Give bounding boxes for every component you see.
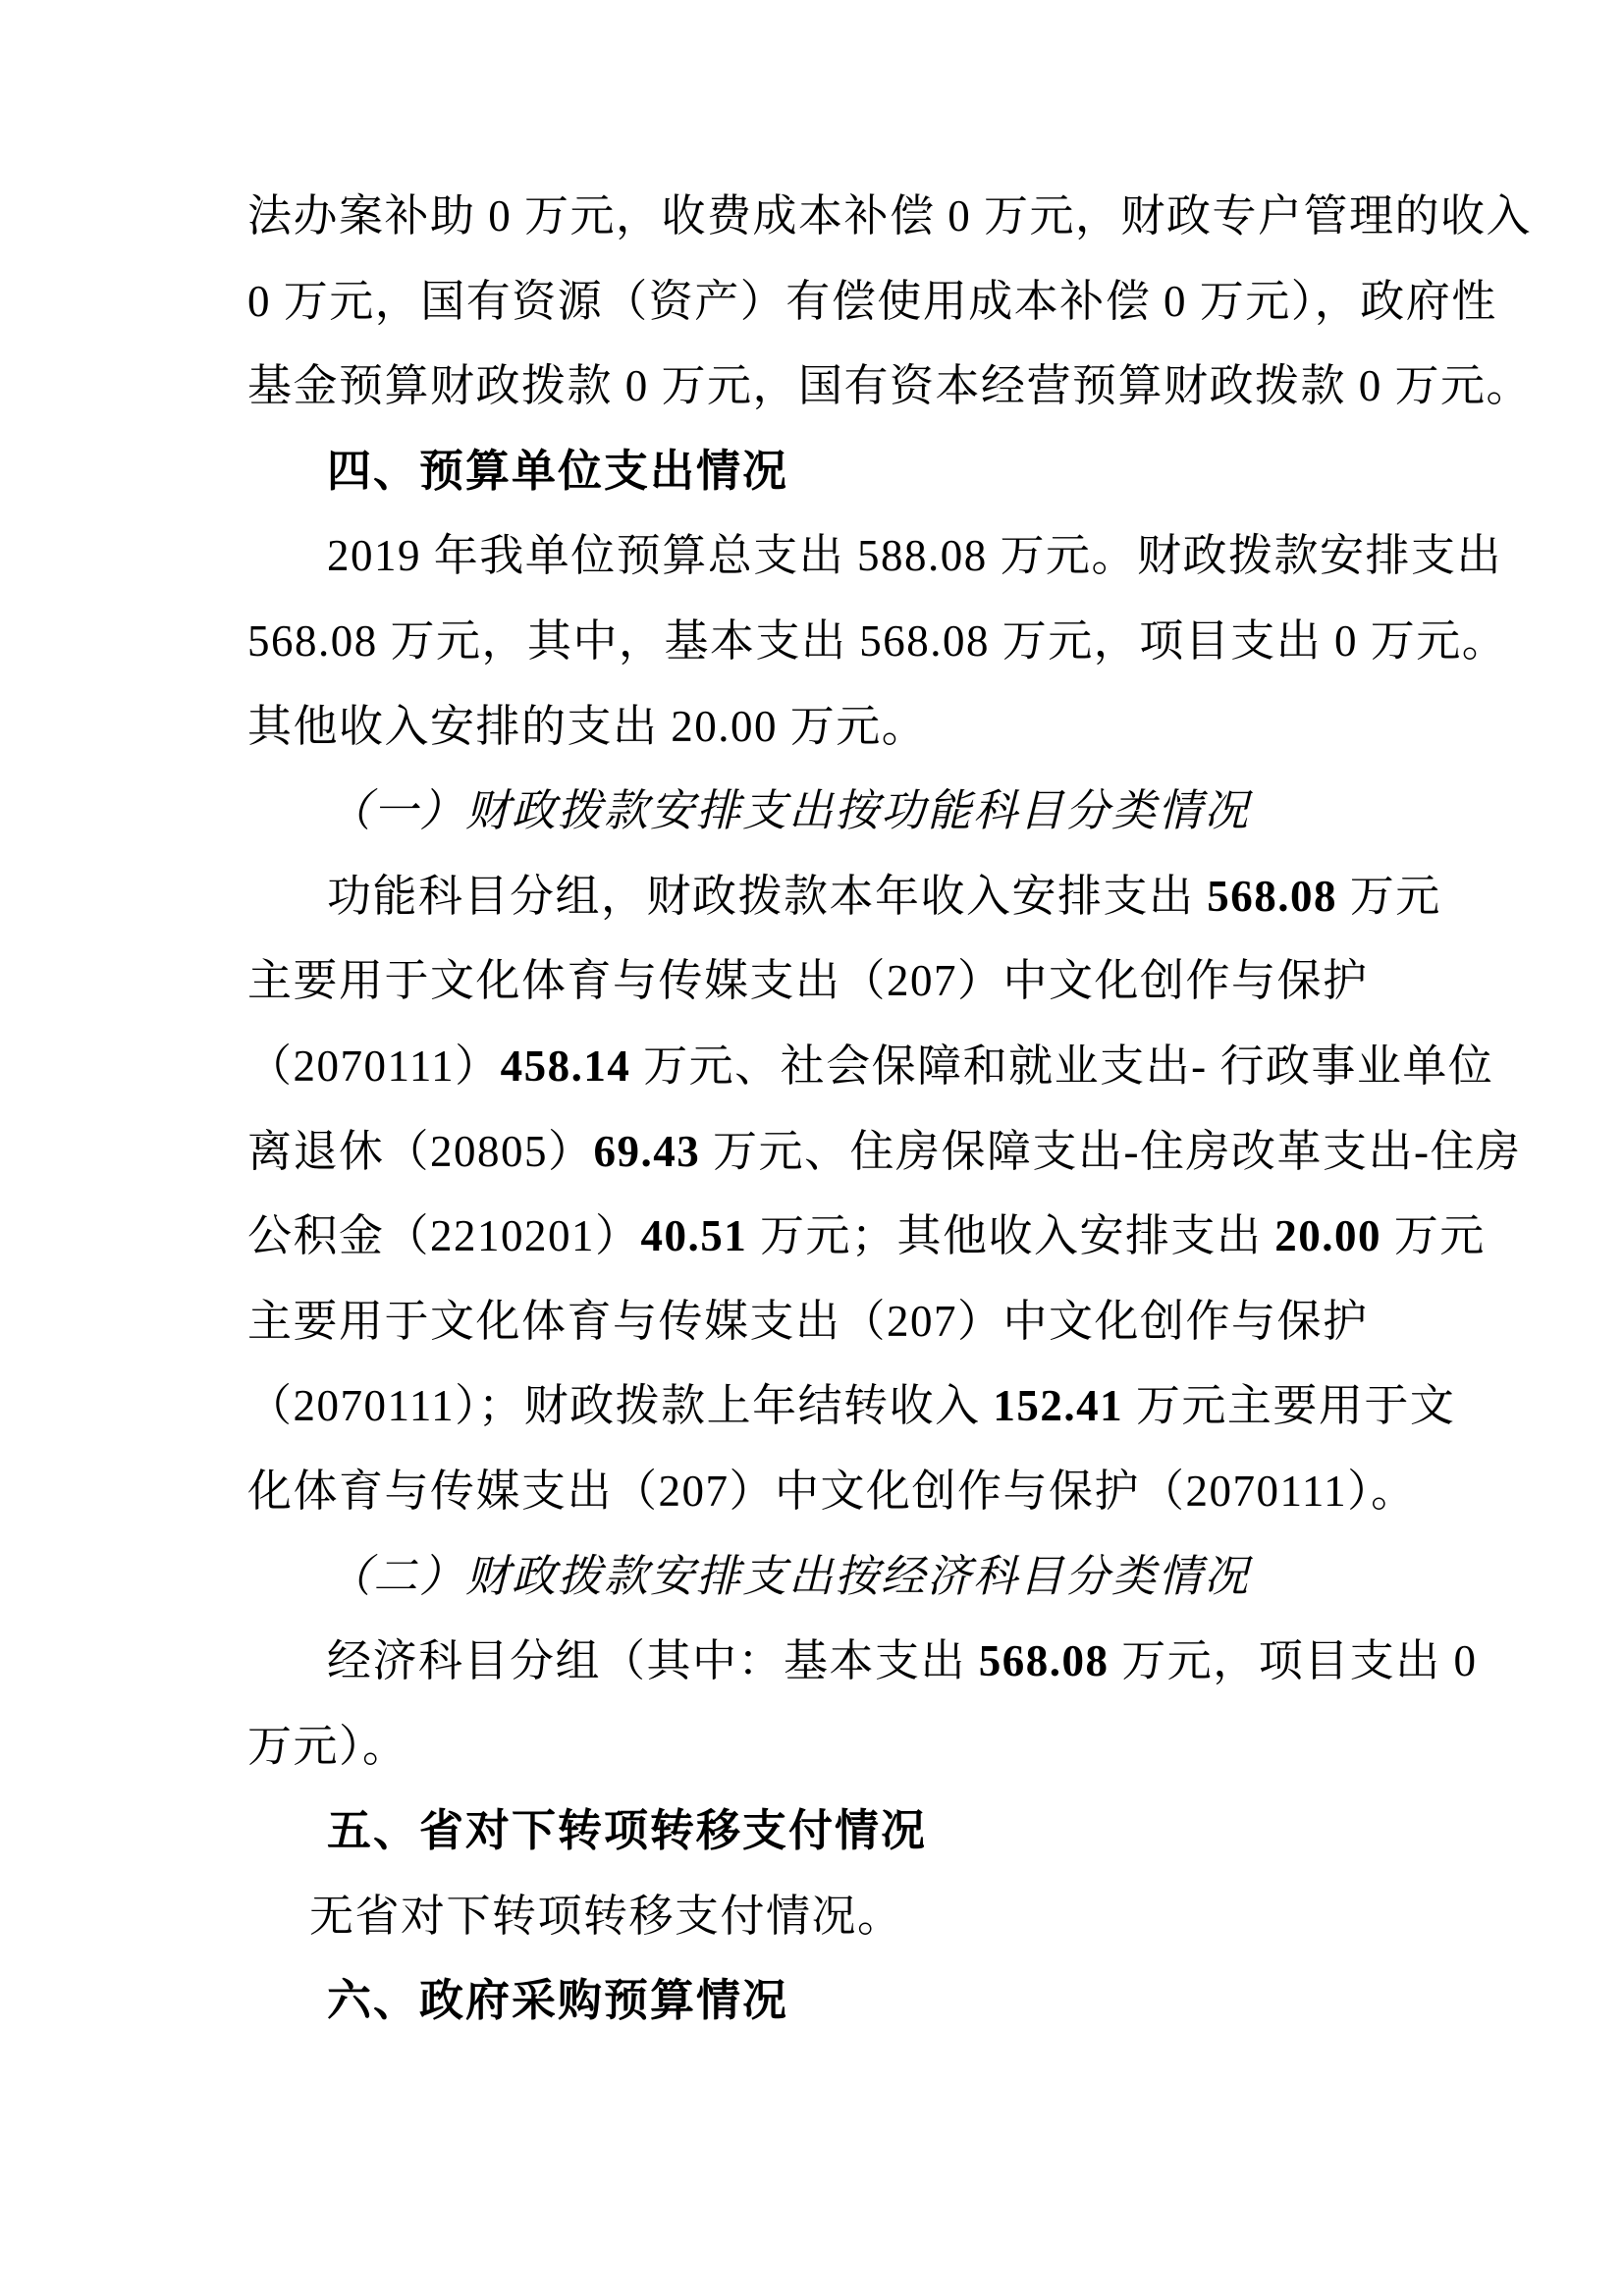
text-segment: 主要用于文化体育与传媒支出（207）中文化创作与保护 [247,1297,1369,1346]
heading-section-4: 四、预算单位支出情况 [247,429,1404,514]
text-segment: 万元）。 [247,1722,408,1771]
line-no-transfer-payment: 无省对下转项转移支付情况。 [247,1874,1404,1959]
bold-number: 458.14 [501,1041,631,1091]
text-segment: 四、预算单位支出情况 [327,446,788,496]
heading-section-5: 五、省对下转项转移支付情况 [247,1789,1404,1874]
text-segment: 万元主要用于文 [1123,1381,1455,1430]
heading-subsection-1: （一）财政拨款安排支出按功能科目分类情况 [247,769,1404,854]
bold-number: 568.08 [979,1636,1110,1685]
line-total-expenditure-2: 568.08 万元，其中，基本支出 568.08 万元，项目支出 0 万元。 [247,599,1404,684]
text-segment: 公积金（2210201） [247,1211,641,1260]
text-segment: 主要用于文化体育与传媒支出（207）中文化创作与保护 [247,956,1369,1005]
bold-number: 568.08 [1207,872,1337,921]
line-functional-classification-6: 主要用于文化体育与传媒支出（207）中文化创作与保护 [247,1279,1404,1364]
bold-number: 20.00 [1274,1211,1381,1260]
line-functional-classification-1: 功能科目分组，财政拨款本年收入安排支出 568.08 万元 [247,854,1404,939]
text-segment: 万元；其他收入安排支出 [747,1211,1274,1260]
text-segment: 万元 [1337,872,1441,921]
line-income-detail-continuation-1: 法办案补助 0 万元，收费成本补偿 0 万元，财政专户管理的收入 [247,174,1404,259]
text-segment: （一）财政拨款安排支出按功能科目分类情况 [327,786,1250,835]
text-segment: （二）财政拨款安排支出按经济科目分类情况 [327,1552,1250,1601]
text-segment: 其他收入安排的支出 20.00 万元。 [247,702,927,751]
document-page: 法办案补助 0 万元，收费成本补偿 0 万元，财政专户管理的收入0 万元，国有资… [0,0,1624,2296]
text-segment: 无省对下转项转移支付情况。 [309,1892,903,1941]
text-segment: 568.08 万元，其中，基本支出 568.08 万元，项目支出 0 万元。 [247,616,1507,666]
document-body: 法办案补助 0 万元，收费成本补偿 0 万元，财政专户管理的收入0 万元，国有资… [247,174,1404,2044]
line-functional-classification-8: 化体育与传媒支出（207）中文化创作与保护（2070111）。 [247,1449,1404,1534]
text-segment: 0 万元，国有资源（资产）有偿使用成本补偿 0 万元），政府性 [247,277,1497,326]
text-segment: 经济科目分组（其中：基本支出 [327,1636,979,1685]
heading-section-6: 六、政府采购预算情况 [247,1958,1404,2044]
text-segment: 2019 年我单位预算总支出 588.08 万元。财政拨款安排支出 [327,531,1502,580]
bold-number: 152.41 [993,1381,1123,1430]
line-economic-classification-2: 万元）。 [247,1704,1404,1789]
line-functional-classification-7: （2070111）；财政拨款上年结转收入 152.41 万元主要用于文 [247,1363,1404,1449]
line-other-income-expenditure: 其他收入安排的支出 20.00 万元。 [247,684,1404,770]
text-segment: 离退休（20805） [247,1127,594,1176]
line-functional-classification-3: （2070111）458.14 万元、社会保障和就业支出- 行政事业单位 [247,1024,1404,1109]
bold-number: 69.43 [594,1127,701,1176]
text-segment: 六、政府采购预算情况 [327,1975,788,2025]
line-total-expenditure-1: 2019 年我单位预算总支出 588.08 万元。财政拨款安排支出 [247,513,1404,599]
text-segment: 万元，项目支出 0 [1110,1636,1478,1685]
text-segment: 基金预算财政拨款 0 万元，国有资本经营预算财政拨款 0 万元。 [247,361,1532,410]
bold-number: 40.51 [641,1211,748,1260]
line-income-detail-continuation-3: 基金预算财政拨款 0 万元，国有资本经营预算财政拨款 0 万元。 [247,344,1404,429]
text-segment: 万元 [1381,1211,1486,1260]
line-functional-classification-2: 主要用于文化体育与传媒支出（207）中文化创作与保护 [247,938,1404,1024]
line-functional-classification-5: 公积金（2210201）40.51 万元；其他收入安排支出 20.00 万元 [247,1194,1404,1279]
text-segment: 化体育与传媒支出（207）中文化创作与保护（2070111）。 [247,1467,1417,1516]
text-segment: （2070111） [247,1041,501,1091]
line-economic-classification-1: 经济科目分组（其中：基本支出 568.08 万元，项目支出 0 [247,1619,1404,1704]
text-segment: 法办案补助 0 万元，收费成本补偿 0 万元，财政专户管理的收入 [247,191,1532,240]
line-income-detail-continuation-2: 0 万元，国有资源（资产）有偿使用成本补偿 0 万元），政府性 [247,259,1404,345]
text-segment: 五、省对下转项转移支付情况 [327,1805,927,1855]
text-segment: 万元、住房保障支出-住房改革支出-住房 [700,1127,1521,1176]
text-segment: （2070111）；财政拨款上年结转收入 [247,1381,993,1430]
heading-subsection-2: （二）财政拨款安排支出按经济科目分类情况 [247,1534,1404,1620]
text-segment: 万元、社会保障和就业支出- 行政事业单位 [630,1041,1493,1091]
line-functional-classification-4: 离退休（20805）69.43 万元、住房保障支出-住房改革支出-住房 [247,1109,1404,1195]
text-segment: 功能科目分组，财政拨款本年收入安排支出 [327,872,1207,921]
